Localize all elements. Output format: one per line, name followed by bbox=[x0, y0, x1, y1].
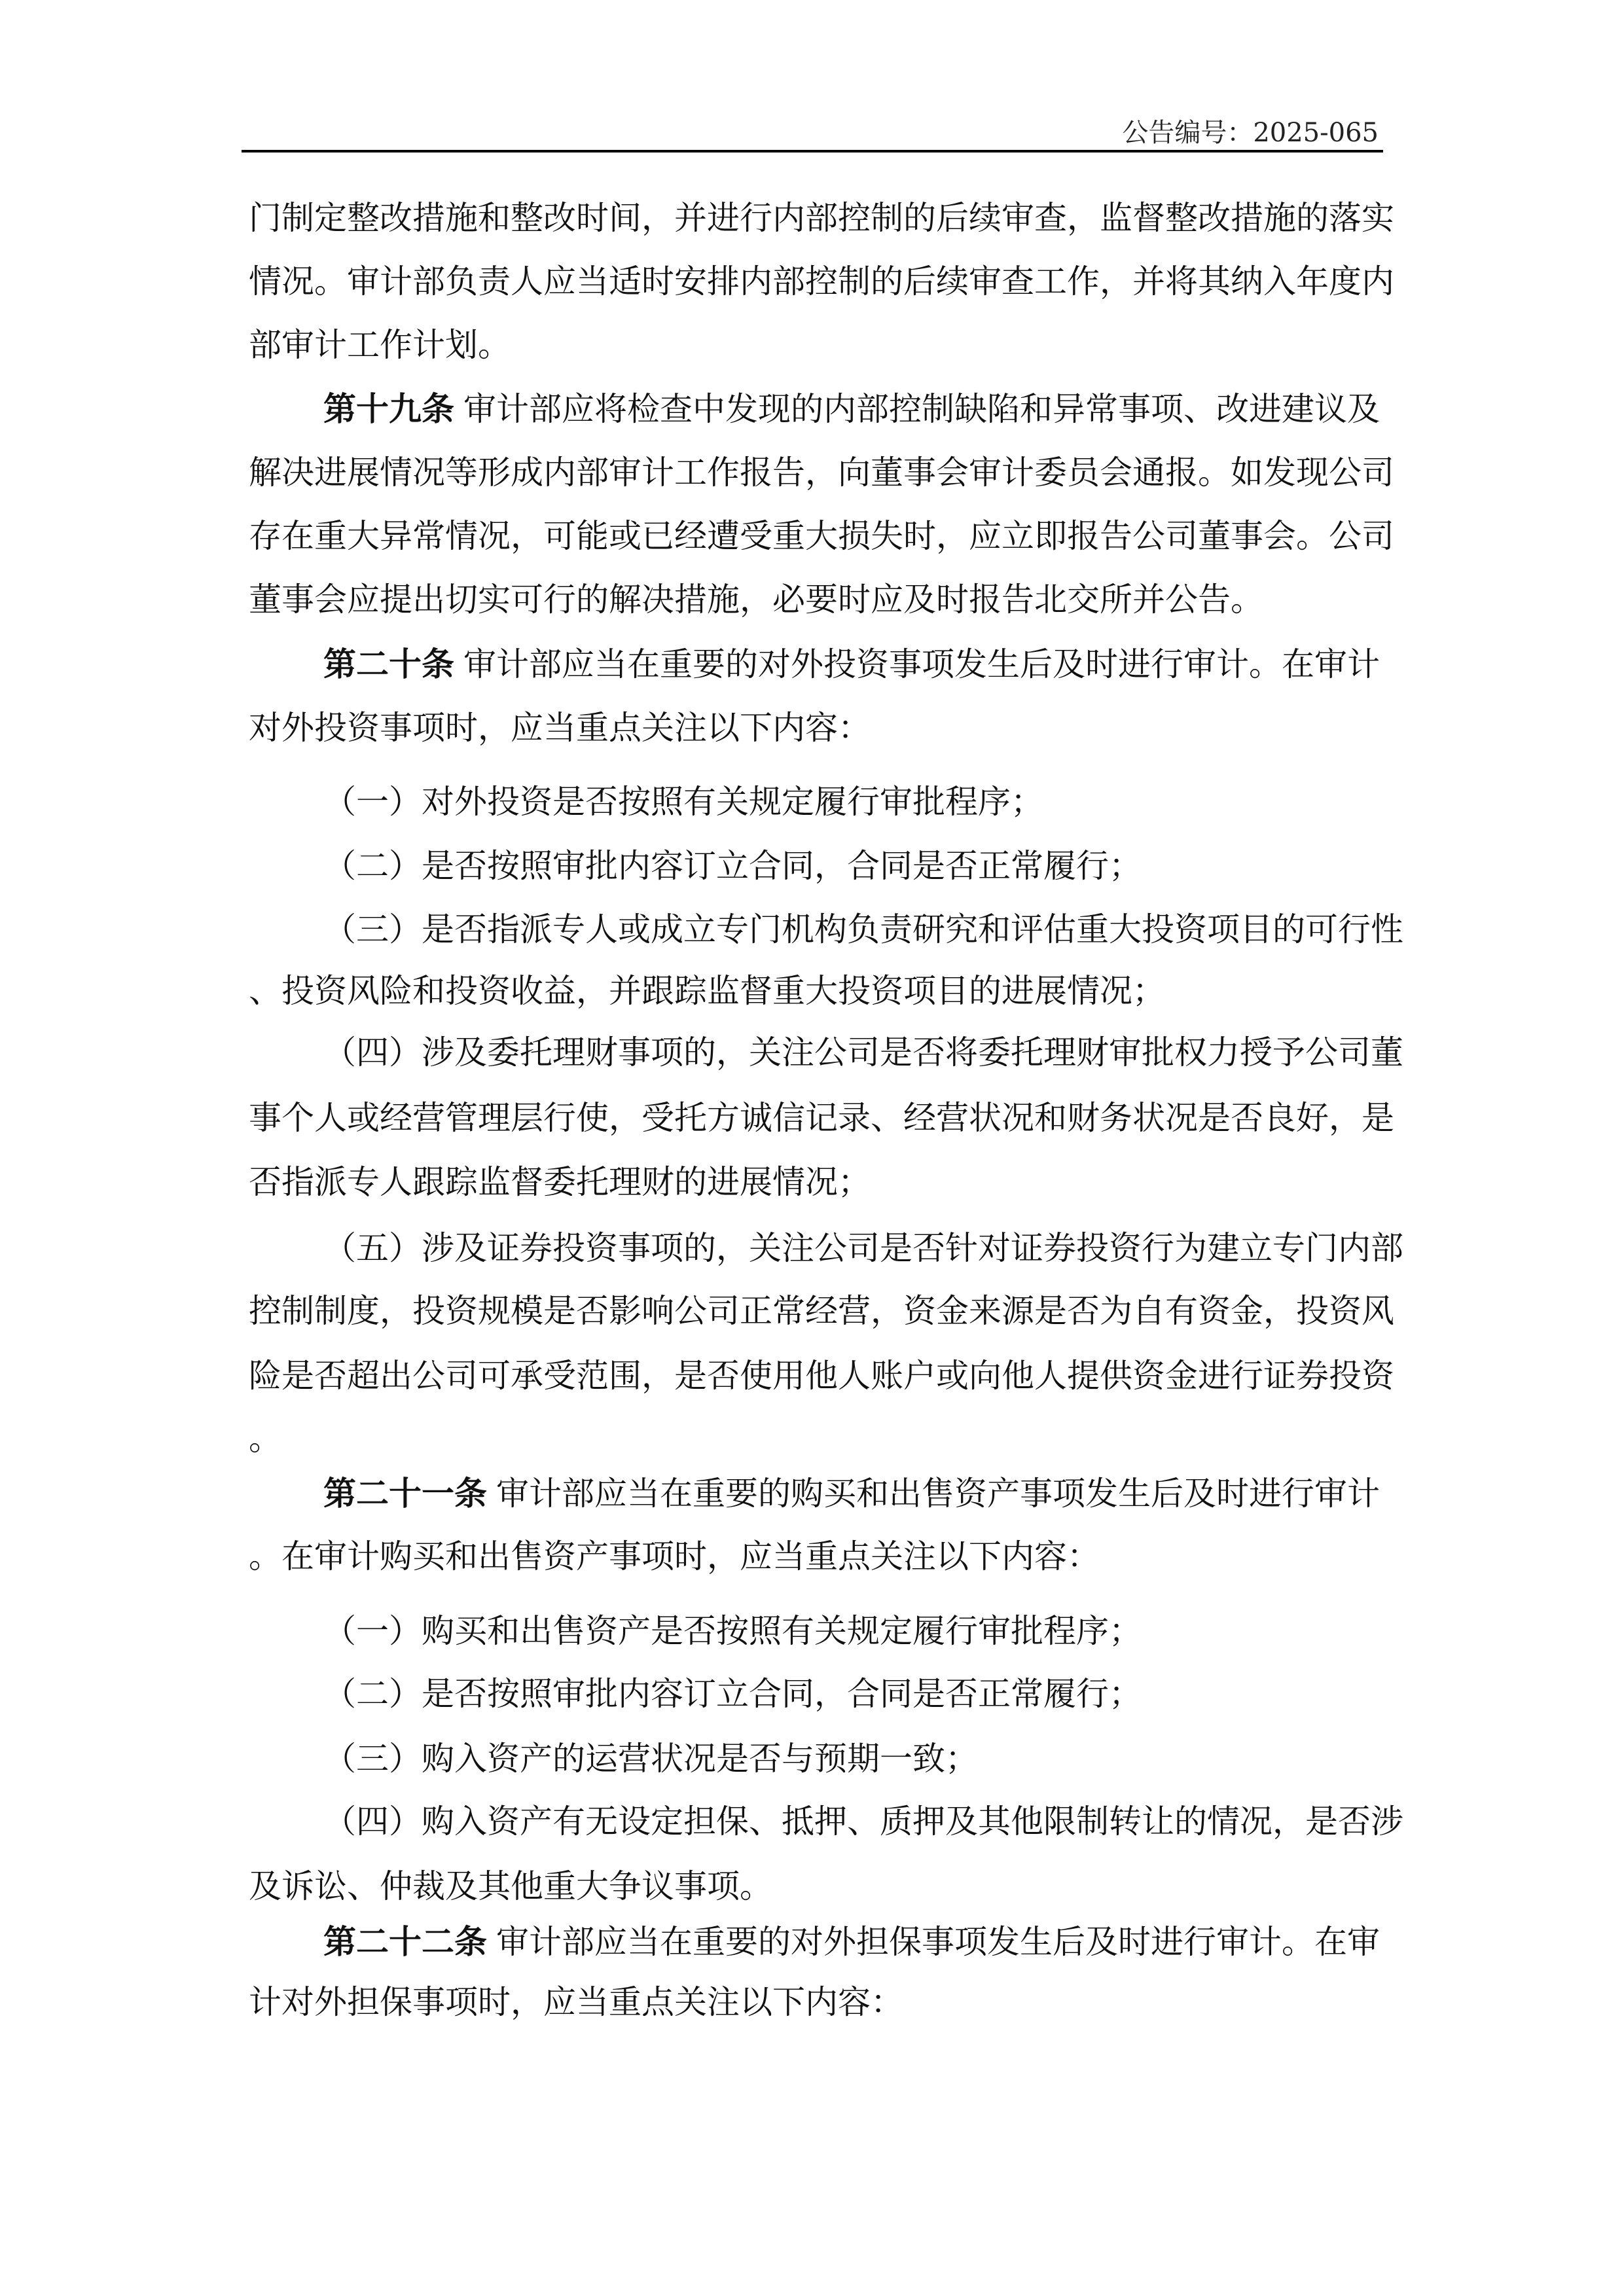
text-line: 情况。审计部负责人应当适时安排内部控制的后续审查工作，并将其纳入年度内 bbox=[249, 260, 1376, 303]
line-text: （二）是否按照审批内容订立合同，合同是否正常履行； bbox=[323, 1675, 1142, 1713]
line-text: （一）对外投资是否按照有关规定履行审批程序； bbox=[323, 783, 1043, 821]
line-text: 对外投资事项时，应当重点关注以下内容： bbox=[249, 709, 871, 747]
text-line: 计对外担保事项时，应当重点关注以下内容： bbox=[249, 1981, 1376, 2024]
text-line: （三）是否指派专人或成立专门机构负责研究和评估重大投资项目的可行性 bbox=[323, 908, 1376, 951]
line-text: 否指派专人跟踪监督委托理财的进展情况； bbox=[249, 1163, 871, 1201]
line-text: 及诉讼、仲裁及其他重大争议事项。 bbox=[249, 1867, 772, 1905]
line-text: 审计部应当在重要的对外担保事项发生后及时进行审计。在审 bbox=[496, 1923, 1380, 1961]
line-text: 董事会应提出切实可行的解决措施，必要时应及时报告北交所并公告。 bbox=[249, 581, 1263, 619]
text-line: （四）购入资产有无设定担保、抵押、质押及其他限制转让的情况，是否涉 bbox=[323, 1800, 1376, 1843]
text-line: 对外投资事项时，应当重点关注以下内容： bbox=[249, 706, 1376, 749]
line-text: 解决进展情况等形成内部审计工作报告，向董事会审计委员会通报。如发现公司 bbox=[249, 454, 1394, 492]
article-number: 第二十一条 bbox=[323, 1474, 487, 1513]
text-line: 门制定整改措施和整改时间，并进行内部控制的后续审查，监督整改措施的落实 bbox=[249, 196, 1376, 240]
line-text: 事个人或经营管理层行使，受托方诚信记录、经营状况和财务状况是否良好，是 bbox=[249, 1099, 1394, 1137]
article-heading-line: 第二十一条审计部应当在重要的购买和出售资产事项发生后及时进行审计 bbox=[323, 1472, 1376, 1515]
line-text: （三）购入资产的运营状况是否与预期一致； bbox=[323, 1740, 978, 1778]
line-text: （四）购入资产有无设定担保、抵押、质押及其他限制转让的情况，是否涉 bbox=[323, 1803, 1403, 1840]
text-line: 否指派专人跟踪监督委托理财的进展情况； bbox=[249, 1160, 1376, 1204]
article-heading-line: 第十九条审计部应将检查中发现的内部控制缺陷和异常事项、改进建议及 bbox=[323, 387, 1376, 431]
line-text: （五）涉及证券投资事项的，关注公司是否针对证券投资行为建立专门内部 bbox=[323, 1229, 1403, 1267]
line-text: 审计部应当在重要的购买和出售资产事项发生后及时进行审计 bbox=[496, 1475, 1380, 1513]
header-divider bbox=[242, 150, 1383, 152]
text-line: 。 bbox=[249, 1417, 1376, 1460]
text-line: 解决进展情况等形成内部审计工作报告，向董事会审计委员会通报。如发现公司 bbox=[249, 451, 1376, 494]
text-line: 。在审计购买和出售资产事项时，应当重点关注以下内容： bbox=[249, 1535, 1376, 1578]
line-text: 部审计工作计划。 bbox=[249, 326, 511, 364]
text-line: 存在重大异常情况，可能或已经遭受重大损失时，应立即报告公司董事会。公司 bbox=[249, 514, 1376, 558]
announcement-number: 公告编号：2025-065 bbox=[1122, 117, 1379, 149]
text-line: 险是否超出公司可承受范围，是否使用他人账户或向他人提供资金进行证券投资 bbox=[249, 1354, 1376, 1397]
line-text: 控制制度，投资规模是否影响公司正常经营，资金来源是否为自有资金，投资风 bbox=[249, 1292, 1394, 1330]
line-text: 计对外担保事项时，应当重点关注以下内容： bbox=[249, 1983, 903, 2021]
article-heading-line: 第二十条审计部应当在重要的对外投资事项发生后及时进行审计。在审计 bbox=[323, 643, 1376, 686]
article-heading-line: 第二十二条审计部应当在重要的对外担保事项发生后及时进行审计。在审 bbox=[323, 1920, 1376, 1964]
line-text: （三）是否指派专人或成立专门机构负责研究和评估重大投资项目的可行性 bbox=[323, 910, 1403, 948]
text-line: （一）对外投资是否按照有关规定履行审批程序； bbox=[323, 780, 1376, 823]
line-text: 门制定整改措施和整改时间，并进行内部控制的后续审查，监督整改措施的落实 bbox=[249, 199, 1394, 237]
text-line: （二）是否按照审批内容订立合同，合同是否正常履行； bbox=[323, 844, 1376, 888]
line-text: （一）购买和出售资产是否按照有关规定履行审批程序； bbox=[323, 1612, 1142, 1650]
article-number: 第二十条 bbox=[323, 645, 454, 683]
text-line: 事个人或经营管理层行使，受托方诚信记录、经营状况和财务状况是否良好，是 bbox=[249, 1096, 1376, 1139]
line-text: 存在重大异常情况，可能或已经遭受重大损失时，应立即报告公司董事会。公司 bbox=[249, 517, 1394, 555]
text-line: 董事会应提出切实可行的解决措施，必要时应及时报告北交所并公告。 bbox=[249, 578, 1376, 621]
line-text: （四）涉及委托理财事项的，关注公司是否将委托理财审批权力授予公司董 bbox=[323, 1033, 1403, 1071]
text-line: （五）涉及证券投资事项的，关注公司是否针对证券投资行为建立专门内部 bbox=[323, 1227, 1376, 1270]
line-text: 。 bbox=[249, 1420, 281, 1458]
text-line: 部审计工作计划。 bbox=[249, 323, 1376, 367]
text-line: （三）购入资产的运营状况是否与预期一致； bbox=[323, 1737, 1376, 1780]
text-line: 、投资风险和投资收益，并跟踪监督重大投资项目的进展情况； bbox=[249, 969, 1376, 1013]
text-line: 控制制度，投资规模是否影响公司正常经营，资金来源是否为自有资金，投资风 bbox=[249, 1289, 1376, 1333]
text-line: （一）购买和出售资产是否按照有关规定履行审批程序； bbox=[323, 1609, 1376, 1653]
text-line: 及诉讼、仲裁及其他重大争议事项。 bbox=[249, 1865, 1376, 1908]
document-page: 公告编号：2025-065 门制定整改措施和整改时间，并进行内部控制的后续审查，… bbox=[0, 0, 1624, 2296]
line-text: （二）是否按照审批内容订立合同，合同是否正常履行； bbox=[323, 847, 1142, 885]
article-number: 第二十二条 bbox=[323, 1922, 487, 1961]
line-text: 、投资风险和投资收益，并跟踪监督重大投资项目的进展情况； bbox=[249, 972, 1165, 1010]
line-text: 险是否超出公司可承受范围，是否使用他人账户或向他人提供资金进行证券投资 bbox=[249, 1357, 1394, 1395]
line-text: 情况。审计部负责人应当适时安排内部控制的后续审查工作，并将其纳入年度内 bbox=[249, 262, 1394, 300]
line-text: 审计部应将检查中发现的内部控制缺陷和异常事项、改进建议及 bbox=[463, 390, 1380, 428]
text-line: （四）涉及委托理财事项的，关注公司是否将委托理财审批权力授予公司董 bbox=[323, 1031, 1376, 1074]
article-number: 第十九条 bbox=[323, 389, 454, 428]
line-text: 审计部应当在重要的对外投资事项发生后及时进行审计。在审计 bbox=[463, 645, 1380, 683]
text-line: （二）是否按照审批内容订立合同，合同是否正常履行； bbox=[323, 1672, 1376, 1715]
line-text: 。在审计购买和出售资产事项时，应当重点关注以下内容： bbox=[249, 1537, 1100, 1575]
